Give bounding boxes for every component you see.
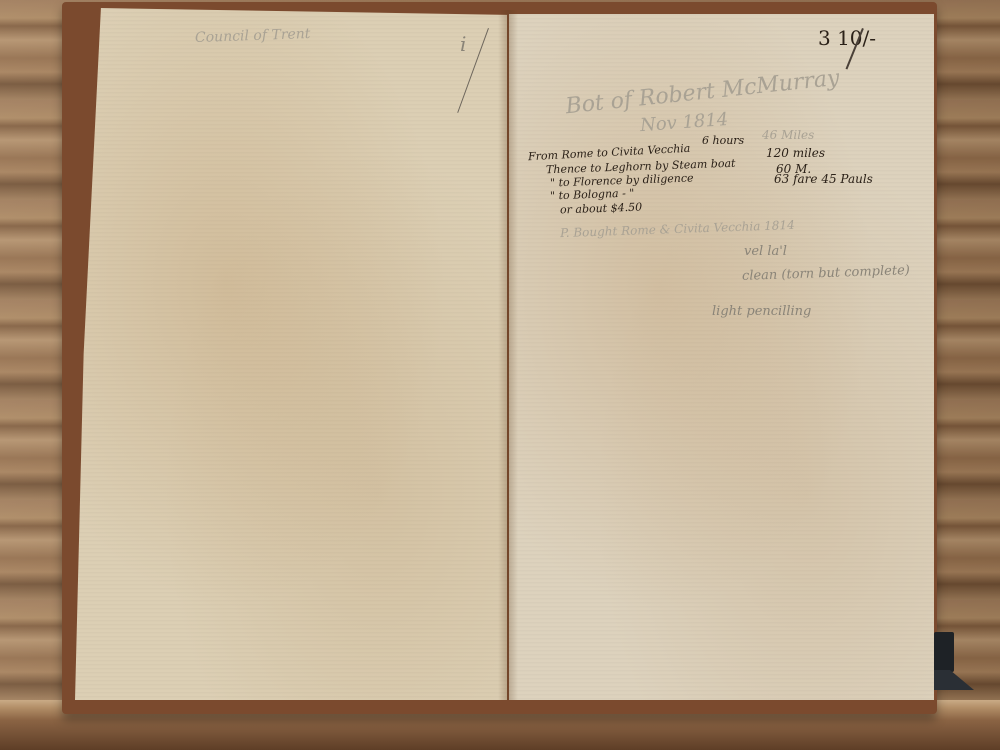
price-mark: 3 10/- [818,26,876,50]
travel-note-1-extra: 46 Miles [762,128,814,142]
left-page-mark: i [460,32,466,56]
travel-note-2-detail: 120 miles [766,146,825,160]
book-gutter [498,10,518,700]
travel-note-4-detail: 63 fare 45 Pauls [774,172,873,186]
pencil-note-3: light pencilling [712,304,811,319]
pencil-note-1: vel la'l [744,244,787,259]
left-page [75,8,507,700]
metal-clasp [934,632,954,672]
travel-note-1-detail: 6 hours [702,134,744,147]
